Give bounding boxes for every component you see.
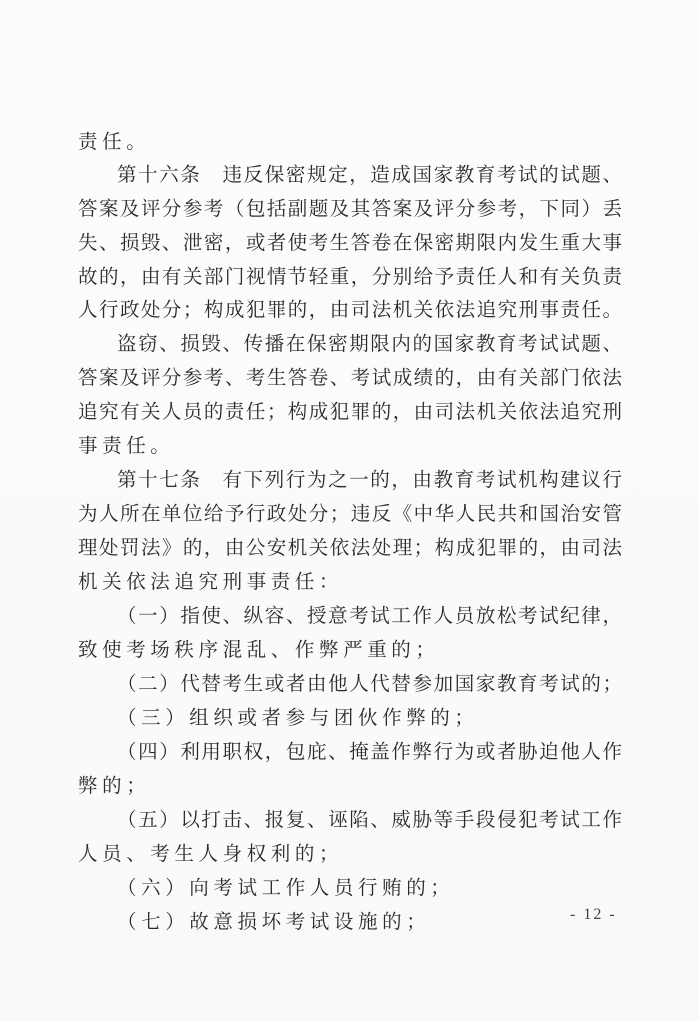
text-line: 事责任。	[78, 429, 622, 463]
text-line: 理处罚法》的，由公安机关依法处理；构成犯罪的，由司法	[78, 531, 622, 565]
text-line: 致使考场秩序混乱、作弊严重的；	[78, 633, 622, 667]
text-line: 机关依法追究刑事责任：	[78, 565, 622, 599]
text-line: 答案及评分参考、考生答卷、考试成绩的，由有关部门依法	[78, 361, 622, 395]
document-page: 责任。 第十六条 违反保密规定，造成国家教育考试的试题、 答案及评分参考（包括副…	[0, 0, 699, 1021]
text-line: 弊的；	[78, 769, 622, 803]
text-line: 责任。	[78, 125, 622, 159]
text-line: （一）指使、纵容、授意考试工作人员放松考试纪律，	[117, 599, 622, 633]
page-number: - 12 -	[570, 906, 617, 924]
text-line: 故的，由有关部门视情节轻重，分别给予责任人和有关负责	[78, 260, 622, 294]
text-line: 答案及评分参考（包括副题及其答案及评分参考，下同）丢	[78, 192, 622, 226]
text-line: （三）组织或者参与团伙作弊的；	[117, 701, 622, 735]
text-line: （七）故意损坏考试设施的；	[117, 905, 622, 939]
text-line: （五）以打击、报复、诬陷、威胁等手段侵犯考试工作	[117, 803, 622, 837]
text-line: 盗窃、损毁、传播在保密期限内的国家教育考试试题、	[117, 327, 622, 361]
text-line: 人行政处分；构成犯罪的，由司法机关依法追究刑事责任。	[78, 293, 622, 327]
text-line: 人员、考生人身权利的；	[78, 837, 622, 871]
text-line: 失、损毁、泄密，或者使考生答卷在保密期限内发生重大事	[78, 226, 622, 260]
text-line: 第十六条 违反保密规定，造成国家教育考试的试题、	[117, 158, 622, 192]
text-line: 第十七条 有下列行为之一的，由教育考试机构建议行	[117, 463, 622, 497]
text-line: 为人所在单位给予行政处分；违反《中华人民共和国治安管	[78, 497, 622, 531]
text-line: 追究有关人员的责任；构成犯罪的，由司法机关依法追究刑	[78, 395, 622, 429]
text-line: （四）利用职权，包庇、掩盖作弊行为或者胁迫他人作	[117, 735, 622, 769]
text-line: （六）向考试工作人员行贿的；	[117, 871, 622, 905]
text-line: （二）代替考生或者由他人代替参加国家教育考试的；	[117, 667, 622, 701]
